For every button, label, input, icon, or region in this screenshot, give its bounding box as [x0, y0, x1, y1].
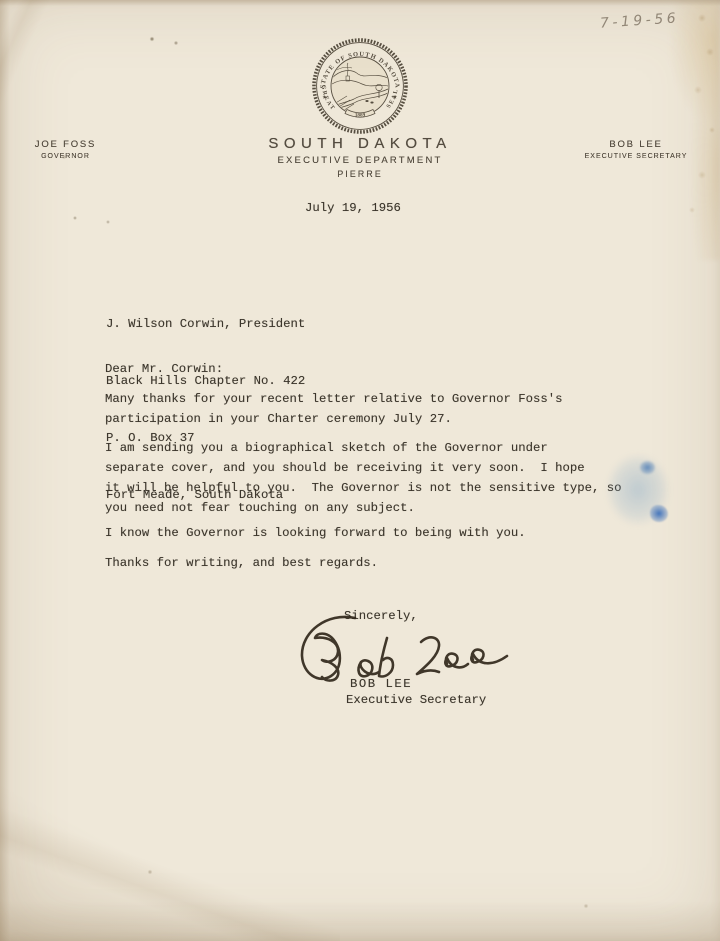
scanned-letter: 7-19-56 STATE OF SOUTH DAKOTA GREAT SEAL… — [0, 0, 720, 941]
blue-ink-stain-wash — [602, 447, 682, 542]
paper-crease-top-left — [0, 0, 260, 120]
state-seal-icon: STATE OF SOUTH DAKOTA GREAT SEAL ★ ★ — [310, 36, 410, 136]
salutation: Dear Mr. Corwin: — [105, 359, 223, 379]
body-paragraph: I am sending you a biographical sketch o… — [105, 438, 665, 518]
body-paragraph: Thanks for writing, and best regards. — [105, 553, 665, 573]
seal-year: 1889 — [355, 113, 366, 119]
paper-crease-bottom — [0, 901, 720, 941]
paper-top-edge-shadow — [0, 0, 720, 6]
paper-mottle-overlay — [672, 0, 720, 230]
blue-ink-stain — [598, 443, 698, 548]
letterhead-center: SOUTH DAKOTA EXECUTIVE DEPARTMENT PIERRE — [0, 135, 720, 179]
typed-signer-title: Executive Secretary — [346, 690, 486, 710]
letter-date: July 19, 1956 — [305, 198, 401, 218]
letterhead-state: SOUTH DAKOTA — [0, 135, 720, 152]
recipient-line: J. Wilson Corwin, President — [106, 315, 305, 334]
body-paragraph: Many thanks for your recent letter relat… — [105, 389, 665, 429]
letterhead-city: PIERRE — [0, 169, 720, 179]
letterhead-department: EXECUTIVE DEPARTMENT — [0, 155, 720, 166]
body-paragraph: I know the Governor is looking forward t… — [105, 523, 665, 543]
blue-ink-stain-spot — [640, 461, 655, 474]
blue-ink-stain-spot — [650, 505, 668, 522]
